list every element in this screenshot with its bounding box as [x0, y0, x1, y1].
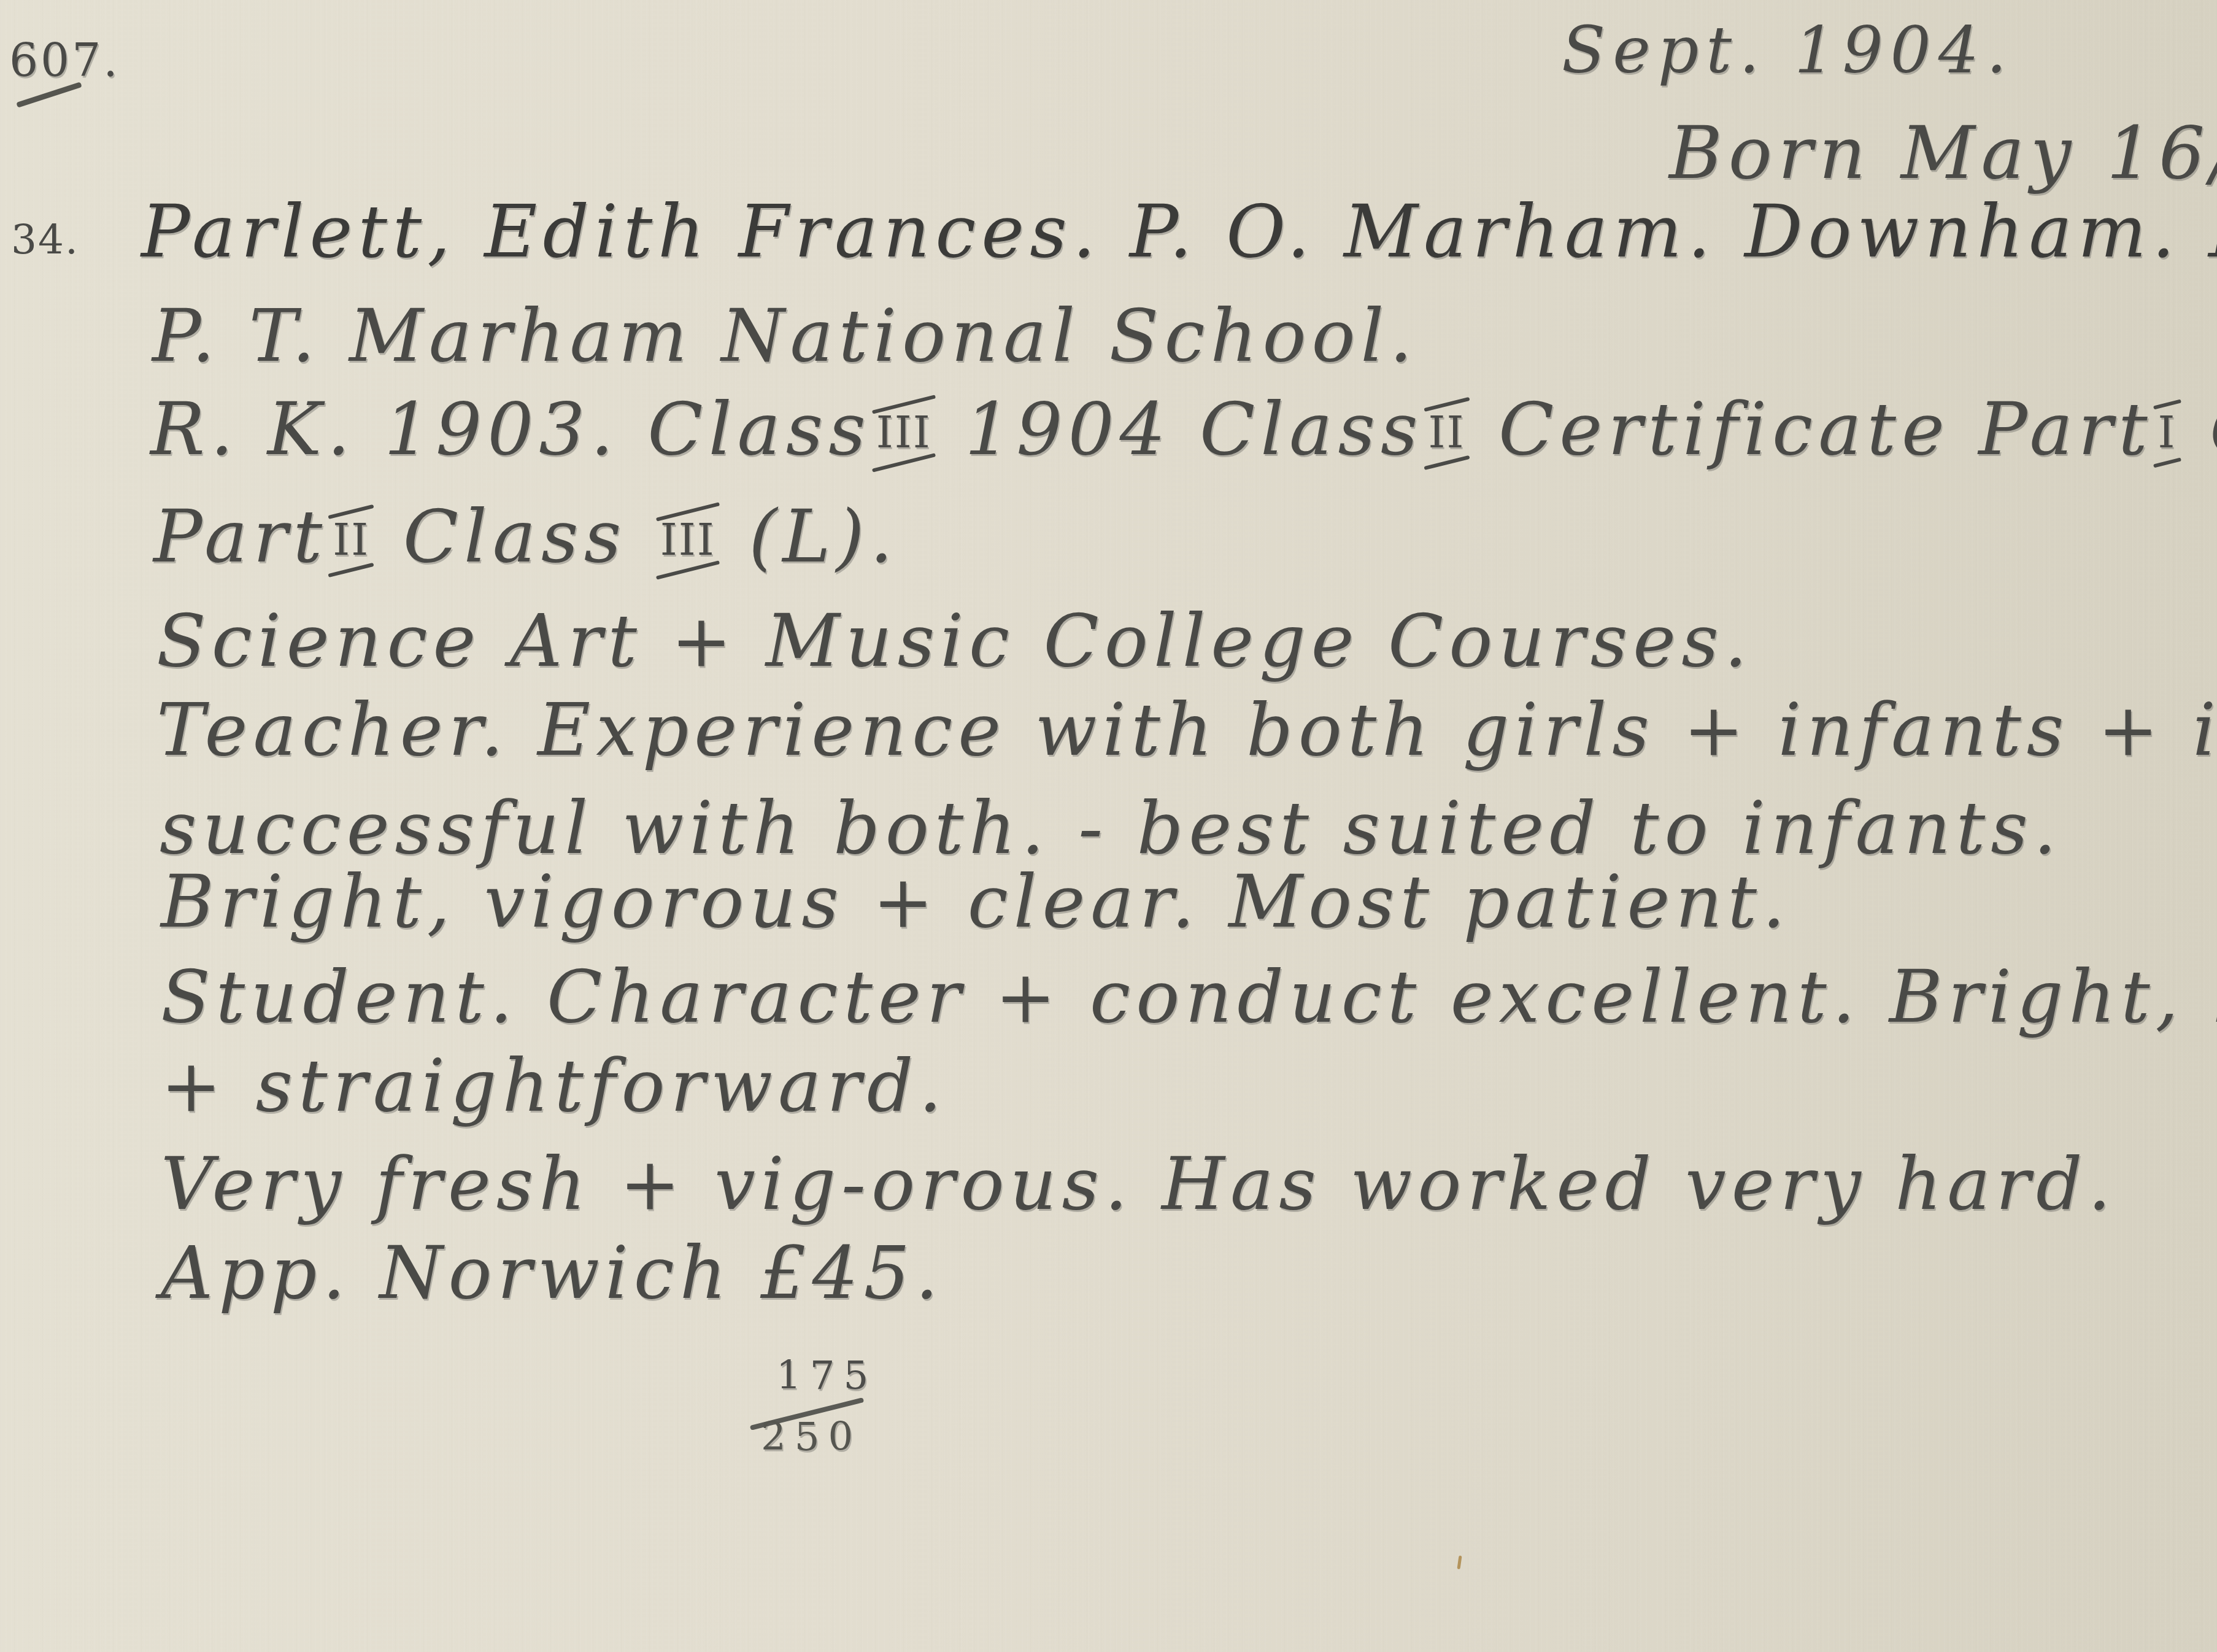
line-student-remarks-1: Student. Character + conduct excellent. … [161, 960, 2217, 1033]
register-page: 607. Sept. 1904. Born May 16/1880 34. Pa… [0, 0, 2217, 1652]
roman-numeral: III [655, 519, 720, 562]
exam-text-2: 1904 Class [936, 387, 1424, 471]
line-appointment: App. Norwich £45. [161, 1237, 944, 1309]
roman-numeral: I [2153, 411, 2181, 455]
exam-text-1: R. K. 1903. Class [150, 387, 871, 471]
score-fraction: 175 250 [742, 1356, 871, 1479]
entry-number: 34. [11, 216, 79, 263]
exam-text-3: Certificate Part [1470, 387, 2153, 471]
birth-date: Born May 16/1880 [1669, 117, 2217, 189]
date-header: Sept. 1904. [1562, 18, 2014, 82]
line-part-two: PartII Class III (L). [153, 500, 898, 573]
line-teacher-remarks-1: Teacher. Experience with both girls + in… [156, 693, 2217, 766]
roman-numeral: II [328, 519, 374, 562]
line-name-address: Parlett, Edith Frances. P. O. Marham. Do… [141, 195, 2217, 268]
fraction-denominator: 250 [761, 1418, 862, 1457]
paper-speck [1457, 1556, 1462, 1569]
line-final-remarks: Very fresh + vig-orous. Has worked very … [161, 1148, 2116, 1220]
exam-text-4: Class [2181, 387, 2217, 471]
part-text-3: (L). [720, 494, 898, 579]
line-pupil-teacher-school: P. T. Marham National School. [152, 299, 1418, 372]
part-text-2: Class [374, 494, 655, 579]
part-text-1: Part [153, 494, 328, 579]
line-college-courses: Science Art + Music College Courses. [156, 604, 1752, 677]
reference-number: 607. [9, 38, 120, 83]
line-exam-results: R. K. 1903. ClassIII 1904 ClassII Certif… [150, 393, 2217, 465]
line-teacher-remarks-3: Bright, vigorous + clear. Most patient. [161, 865, 1791, 938]
line-student-remarks-2: + straightforward. [161, 1049, 947, 1122]
fraction-numerator: 175 [776, 1356, 877, 1395]
roman-numeral: III [871, 411, 936, 455]
roman-numeral: II [1424, 411, 1470, 455]
line-teacher-remarks-2: successful with both. - best suited to i… [160, 792, 2062, 864]
